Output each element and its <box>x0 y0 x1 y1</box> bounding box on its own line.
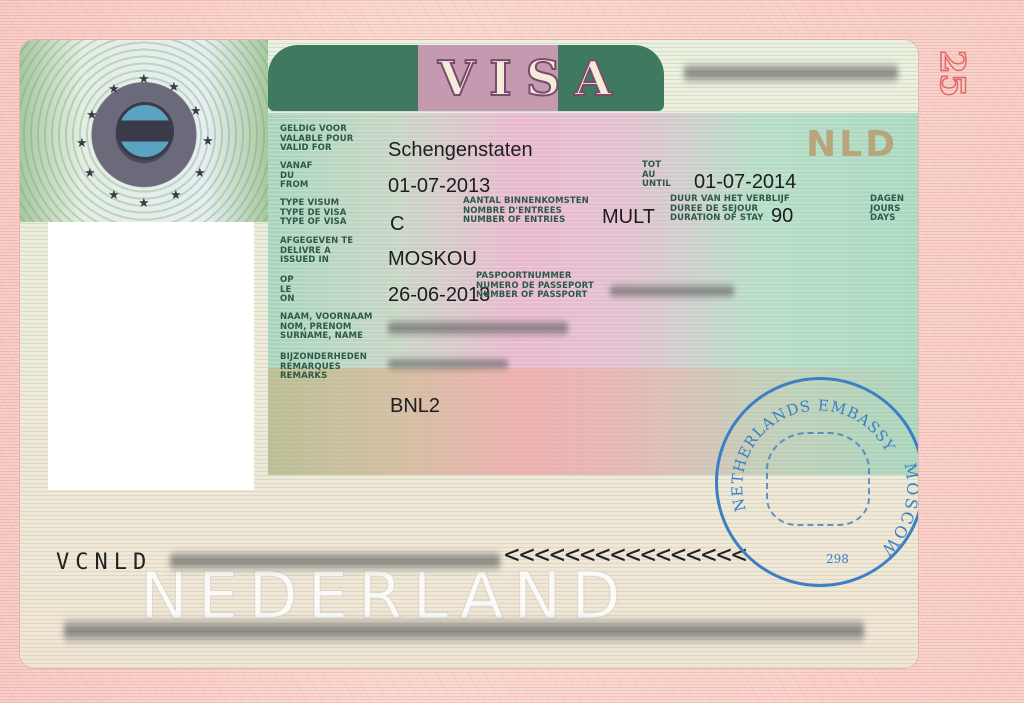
star-icon: ★ <box>108 188 120 201</box>
number-of-entries-value: MULT <box>602 206 655 229</box>
star-icon: ★ <box>194 166 206 179</box>
mrz-line-1-prefix: VCNLD <box>56 550 152 575</box>
embassy-stamp: NETHERLANDS EMBASSY MOSCOW 298 <box>715 377 918 587</box>
type-of-visa-label: TYPE VISUM TYPE DE VISA TYPE OF VISA <box>280 199 347 228</box>
star-icon: ★ <box>108 82 120 95</box>
number-of-entries-label: AANTAL BINNENKOMSTEN NOMBRE D'ENTREES NU… <box>463 197 589 226</box>
from-value: 01-07-2013 <box>388 175 490 198</box>
star-icon: ★ <box>138 196 150 209</box>
redacted-passport-number <box>610 283 734 299</box>
star-icon: ★ <box>190 104 202 117</box>
visa-banner: VISA <box>268 45 664 111</box>
redacted-name <box>388 319 568 337</box>
visa-title: VISA <box>438 51 626 107</box>
star-icon: ★ <box>170 188 182 201</box>
star-icon: ★ <box>84 166 96 179</box>
svg-text:MOSCOW: MOSCOW <box>876 461 918 560</box>
valid-for-label: GELDIG VOOR VALABLE POUR VALID FOR <box>280 125 353 154</box>
issued-in-value: MOSKOU <box>388 248 477 271</box>
type-of-visa-value: C <box>390 213 404 236</box>
photo-placeholder <box>48 222 254 490</box>
redacted-remarks <box>388 357 508 371</box>
surname-name-label: NAAM, VOORNAAM NOM, PRENOM SURNAME, NAME <box>280 313 372 342</box>
passport-number-label: PASPOORTNUMMER NUMERO DE PASSEPORT NUMBE… <box>476 272 594 301</box>
page-number: 25 <box>922 50 982 90</box>
remarks-extra-value: BNL2 <box>390 395 440 418</box>
visa-sticker: ★ ★ ★ ★ ★ ★ ★ ★ ★ ★ ★ ★ VISA GELDIG VOOR… <box>20 40 918 668</box>
redacted-mrz-name <box>170 550 500 572</box>
redacted-visa-number <box>684 62 898 84</box>
euro-symbol-icon <box>116 102 174 160</box>
until-label: TOT AU UNTIL <box>642 161 671 190</box>
duration-unit-label: DAGEN JOURS DAYS <box>870 195 904 224</box>
from-label: VANAF DU FROM <box>280 162 313 191</box>
star-icon: ★ <box>138 72 150 85</box>
until-value: 01-07-2014 <box>694 171 796 194</box>
valid-for-value: Schengenstaten <box>388 139 533 162</box>
country-code: NLD <box>806 124 898 165</box>
duration-of-stay-value: 90 <box>771 205 793 228</box>
redacted-mrz-line-2 <box>64 618 864 644</box>
mrz-line-1-filler: <<<<<<<<<<<<<<<< <box>504 540 746 570</box>
stamp-side-text: MOSCOW <box>876 461 918 560</box>
star-icon: ★ <box>168 80 180 93</box>
star-icon: ★ <box>86 108 98 121</box>
remarks-label: BIJZONDERHEDEN REMARQUES REMARKS <box>280 353 367 382</box>
issue-date-value: 26-06-2013 <box>388 284 490 307</box>
star-icon: ★ <box>76 136 88 149</box>
coat-of-arms-icon <box>766 432 870 526</box>
stamp-serial: 298 <box>826 552 849 566</box>
issue-date-label: OP LE ON <box>280 276 295 305</box>
star-icon: ★ <box>202 134 214 147</box>
eu-emblem-guilloche: ★ ★ ★ ★ ★ ★ ★ ★ ★ ★ ★ ★ <box>20 40 268 222</box>
issued-in-label: AFGEGEVEN TE DELIVRE A ISSUED IN <box>280 237 353 266</box>
